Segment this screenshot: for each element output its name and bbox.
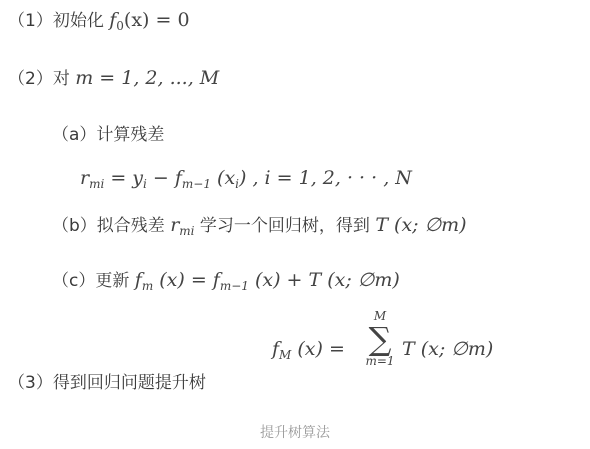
step-2b-label-pre: （b）拟合残差	[52, 216, 165, 236]
step-3: （3）得到回归问题提升树	[8, 368, 206, 393]
step-3-formula-rhs: T (x; ∅m)	[402, 338, 493, 360]
step-2c: （c）更新 fm (x) = fm−1 (x) + T (x; ∅m)	[52, 266, 400, 293]
step-2b-formula: T (x; ∅m)	[375, 214, 466, 236]
step-1-formula: f0(x) = 0	[109, 9, 189, 31]
step-1: （1）初始化 f0(x) = 0	[8, 6, 190, 33]
step-2-label: （2）对	[8, 69, 70, 89]
step-2c-label: （c）更新	[52, 271, 129, 291]
step-2a: （a）计算残差	[52, 120, 164, 145]
step-2-formula: m = 1, 2, ..., M	[75, 67, 219, 89]
step-2a-label: （a）计算残差	[52, 125, 164, 145]
step-2: （2）对 m = 1, 2, ..., M	[8, 64, 219, 89]
step-2a-formula: rmi = yi − fm−1 (xi) , i = 1, 2, · · · ,…	[80, 167, 412, 191]
step-3-label: （3）得到回归问题提升树	[8, 373, 206, 393]
step-3-formula-lhs: fM (x) =	[272, 338, 345, 362]
step-2b-residual: rmi	[170, 214, 194, 236]
figure-caption: 提升树算法	[0, 422, 590, 442]
step-2b: （b）拟合残差 rmi 学习一个回归树，得到 T (x; ∅m)	[52, 211, 467, 238]
summation: M ∑ m=1	[360, 310, 400, 368]
step-2c-formula: fm (x) = fm−1 (x) + T (x; ∅m)	[135, 269, 400, 291]
step-2b-label-post: 学习一个回归树，得到	[200, 216, 370, 236]
step-1-label: （1）初始化	[8, 11, 104, 31]
